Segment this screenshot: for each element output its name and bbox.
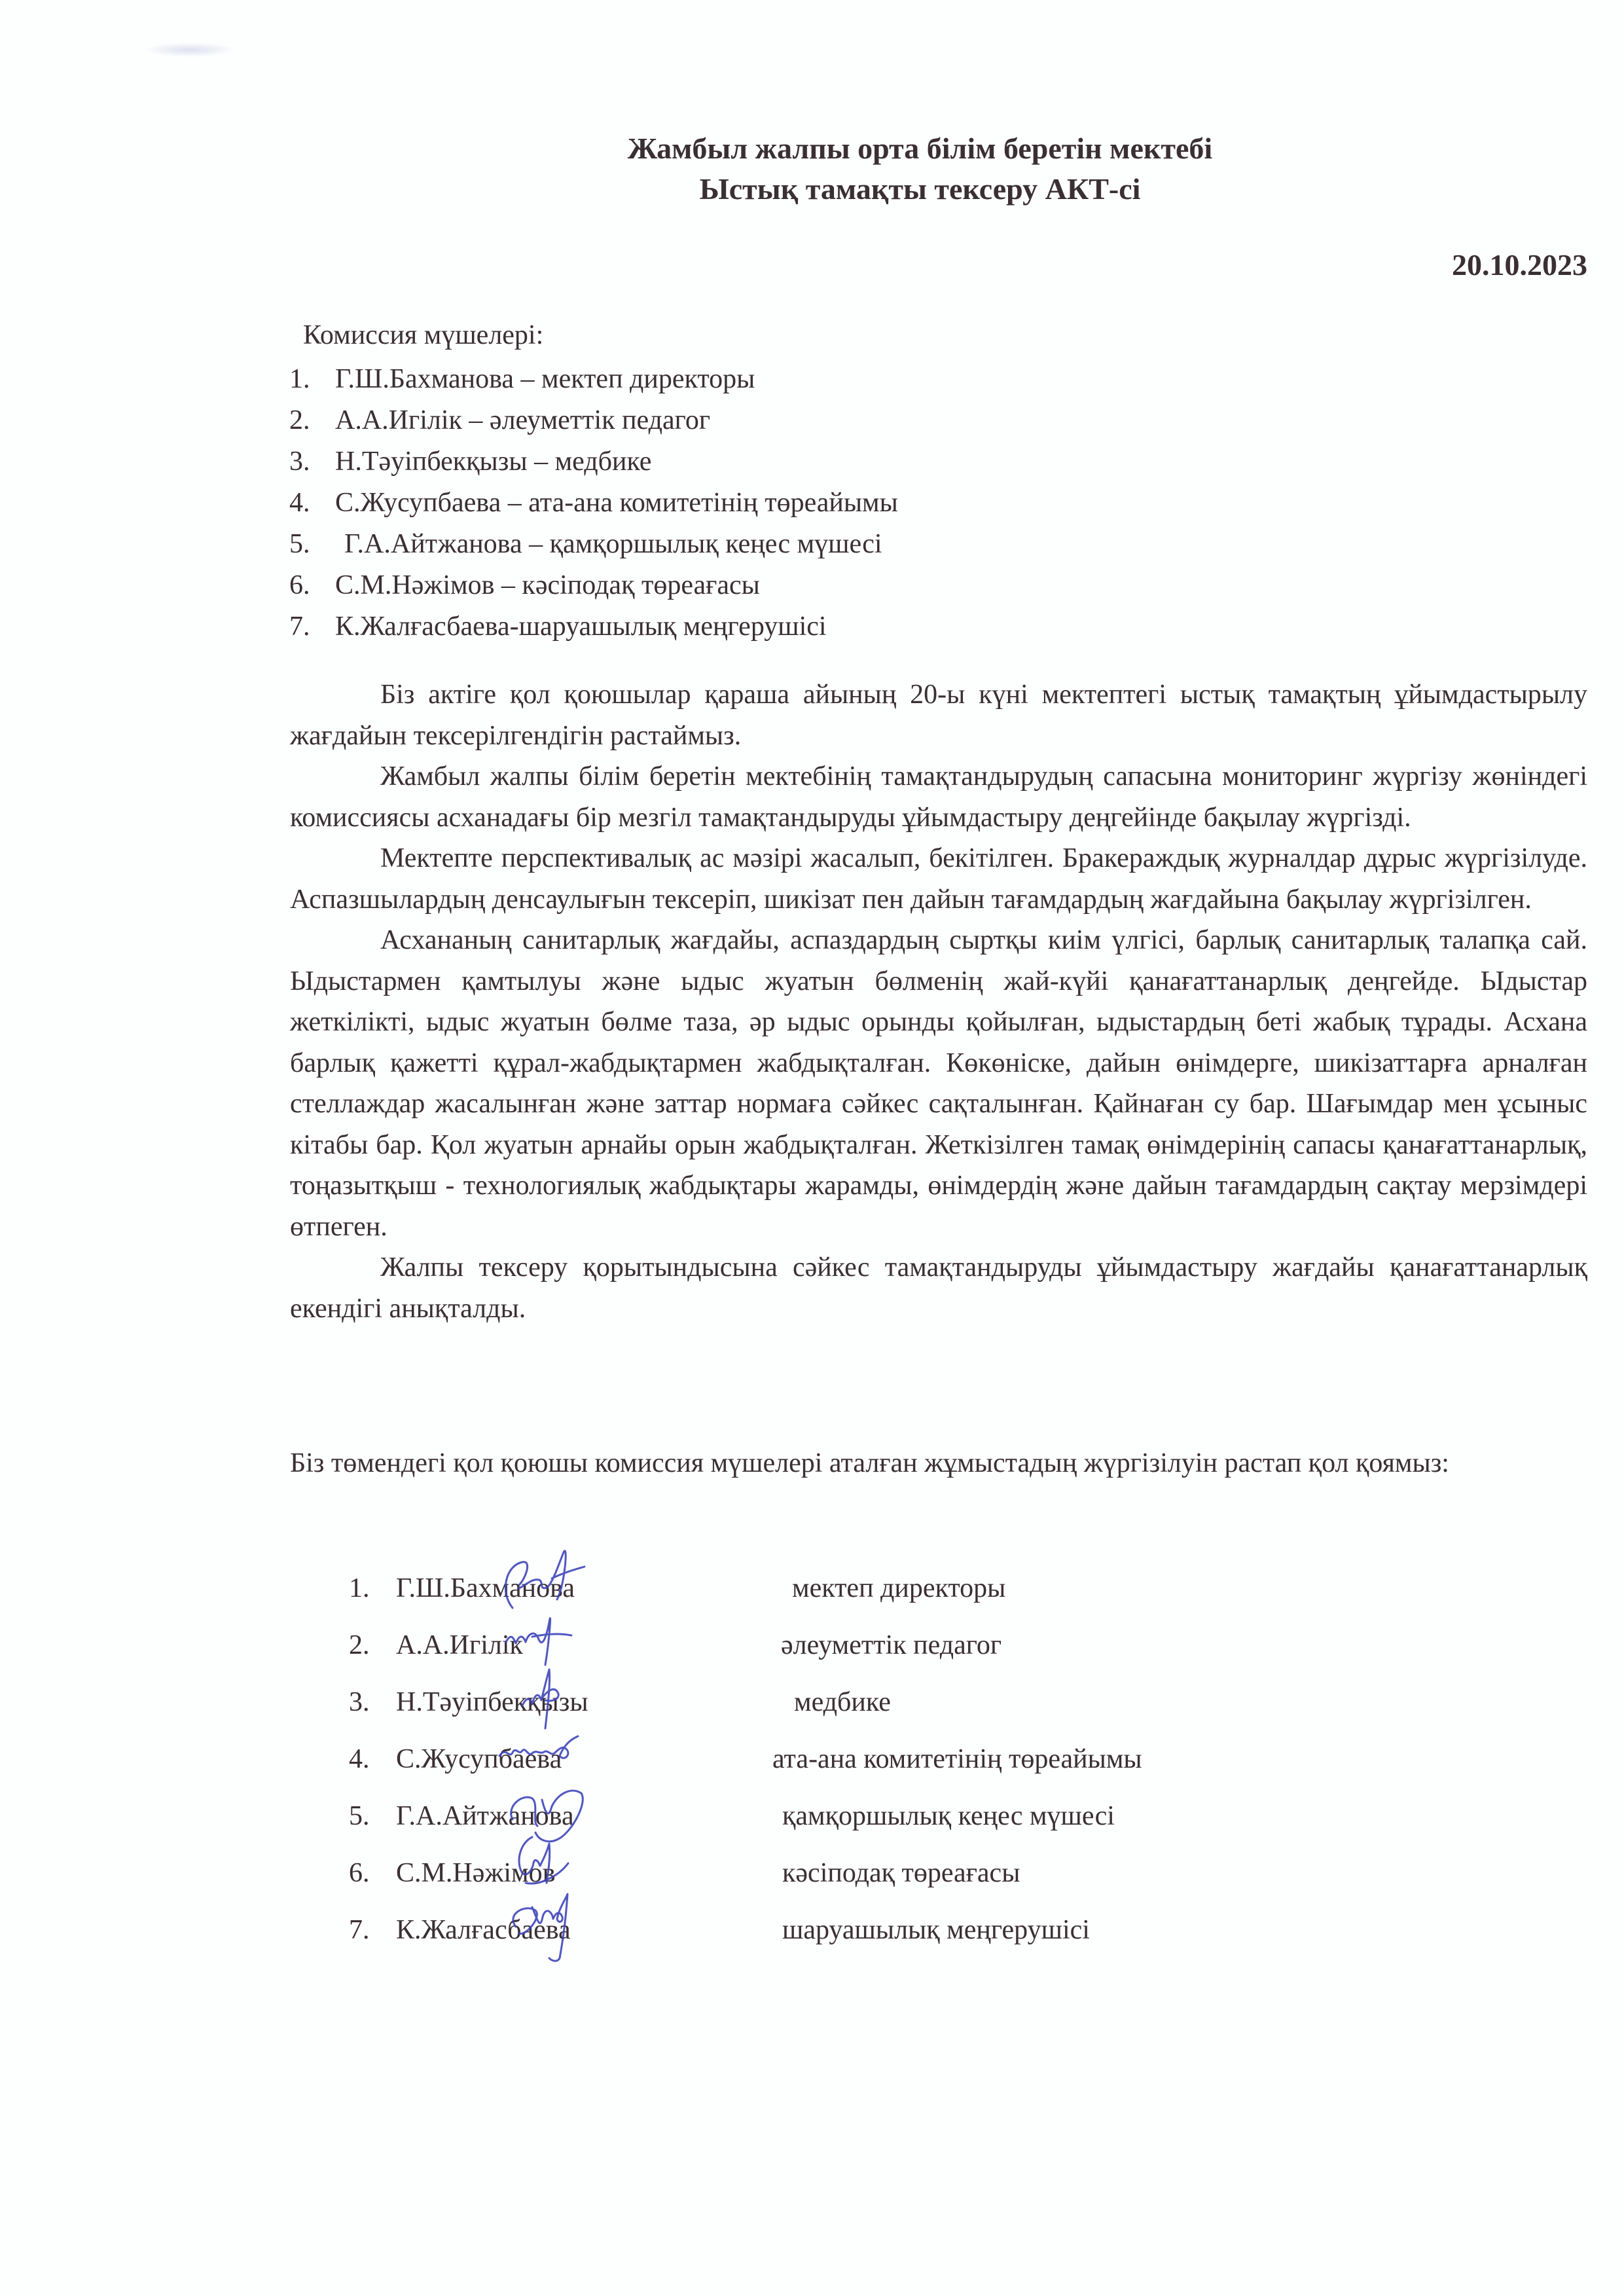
list-number: 1.	[349, 1569, 370, 1608]
list-number: 5.	[349, 1796, 370, 1836]
signer-role: қамқоршылық кеңес мүшесі	[782, 1796, 1115, 1836]
signature-row: 1. Г.Ш.Бахманова мектеп директоры	[349, 1569, 1331, 1626]
signature-row: 3. Н.Тәуіпбекқызы медбике	[349, 1683, 1331, 1740]
body-paragraph: Жамбыл жалпы білім беретін мектебінің та…	[290, 756, 1587, 838]
signer-role: мектеп директоры	[792, 1569, 1005, 1608]
signature-row: 4. С.Жусупбаева ата-ана комитетінің төре…	[349, 1740, 1331, 1796]
list-number: 3.	[349, 1683, 370, 1722]
commission-member: 1.Г.Ш.Бахманова – мектеп директоры	[289, 359, 898, 400]
commission-member: 6.С.М.Нәжімов – кәсіподақ төреағасы	[289, 565, 898, 606]
document-page: Жамбыл жалпы орта білім беретін мектебі …	[0, 0, 1624, 2296]
signer-name: Г.А.Айтжанова	[396, 1796, 574, 1836]
act-body: Біз актіге қол қоюшылар қараша айының 20…	[290, 674, 1587, 1329]
signer-name: С.М.Нәжімов	[396, 1853, 555, 1893]
signer-name: А.А.Игілік	[396, 1626, 523, 1665]
commission-member: 2.А.А.Игілік – әлеуметтік педагог	[289, 400, 898, 441]
commission-member: 3.Н.Тәуіпбекқызы – медбике	[289, 441, 898, 483]
body-paragraph: Асхананың санитарлық жағдайы, аспаздарды…	[290, 920, 1587, 1247]
list-number: 7.	[289, 606, 335, 647]
list-number: 7.	[349, 1910, 370, 1950]
list-number: 5.	[289, 524, 335, 565]
list-number: 4.	[349, 1740, 370, 1779]
scan-smudge	[144, 43, 236, 57]
list-number: 2.	[289, 400, 335, 441]
list-number: 3.	[289, 441, 335, 483]
body-paragraph: Біз актіге қол қоюшылар қараша айының 20…	[290, 674, 1587, 756]
signer-role: ата-ана комитетінің төреайымы	[772, 1740, 1142, 1779]
signer-name: К.Жалғасбаева	[396, 1910, 571, 1950]
signature-list: 1. Г.Ш.Бахманова мектеп директоры 2. А.А…	[349, 1569, 1331, 1967]
signature-row: 6. С.М.Нәжімов кәсіподақ төреағасы	[349, 1853, 1331, 1910]
member-text: С.М.Нәжімов – кәсіподақ төреағасы	[335, 570, 760, 600]
body-paragraph: Мектепте перспективалық ас мәзірі жасалы…	[290, 838, 1587, 920]
signer-role: шаруашылық меңгерушісі	[782, 1910, 1090, 1950]
member-text: Г.Ш.Бахманова – мектеп директоры	[335, 364, 755, 394]
member-text: К.Жалғасбаева-шаруашылық меңгерушісі	[335, 611, 827, 642]
signer-name: С.Жусупбаева	[396, 1740, 562, 1779]
signer-name: Г.Ш.Бахманова	[396, 1569, 575, 1608]
signer-name: Н.Тәуіпбекқызы	[396, 1683, 588, 1722]
list-number: 4.	[289, 483, 335, 524]
commission-member: 5.Г.А.Айтжанова – қамқоршылық кеңес мүше…	[289, 524, 898, 565]
member-text: Н.Тәуіпбекқызы – медбике	[335, 446, 651, 477]
signer-role: медбике	[794, 1683, 891, 1722]
document-title-school: Жамбыл жалпы орта білім беретін мектебі	[0, 131, 1624, 166]
body-paragraph: Жалпы тексеру қорытындысына сәйкес тамақ…	[290, 1247, 1587, 1329]
signature-row: 2. А.А.Игілік әлеуметтік педагог	[349, 1626, 1331, 1683]
member-text: С.Жусупбаева – ата-ана комитетінің төреа…	[335, 488, 898, 518]
signature-row: 5. Г.А.Айтжанова қамқоршылық кеңес мүшес…	[349, 1796, 1331, 1853]
commission-member: 7.К.Жалғасбаева-шаруашылық меңгерушісі	[289, 606, 898, 647]
member-text: А.А.Игілік – әлеуметтік педагог	[335, 405, 710, 435]
signature-row: 7. К.Жалғасбаева шаруашылық меңгерушісі	[349, 1910, 1331, 1967]
member-text: Г.А.Айтжанова – қамқоршылық кеңес мүшесі	[335, 529, 882, 559]
commission-heading: Комиссия мүшелері:	[303, 319, 543, 351]
commission-members-list: 1.Г.Ш.Бахманова – мектеп директоры 2.А.А…	[289, 359, 898, 647]
signer-role: әлеуметтік педагог	[781, 1626, 1001, 1665]
signer-role: кәсіподақ төреағасы	[782, 1853, 1020, 1893]
commission-member: 4.С.Жусупбаева – ата-ана комитетінің төр…	[289, 483, 898, 524]
list-number: 6.	[289, 565, 335, 606]
list-number: 1.	[289, 359, 335, 400]
document-date: 20.10.2023	[1452, 247, 1587, 282]
list-number: 6.	[349, 1853, 370, 1893]
list-number: 2.	[349, 1626, 370, 1665]
document-title-act: Ыстық тамақты тексеру АКТ-сі	[0, 172, 1624, 206]
closing-statement: Біз төмендегі қол қоюшы комиссия мүшелер…	[290, 1444, 1587, 1483]
